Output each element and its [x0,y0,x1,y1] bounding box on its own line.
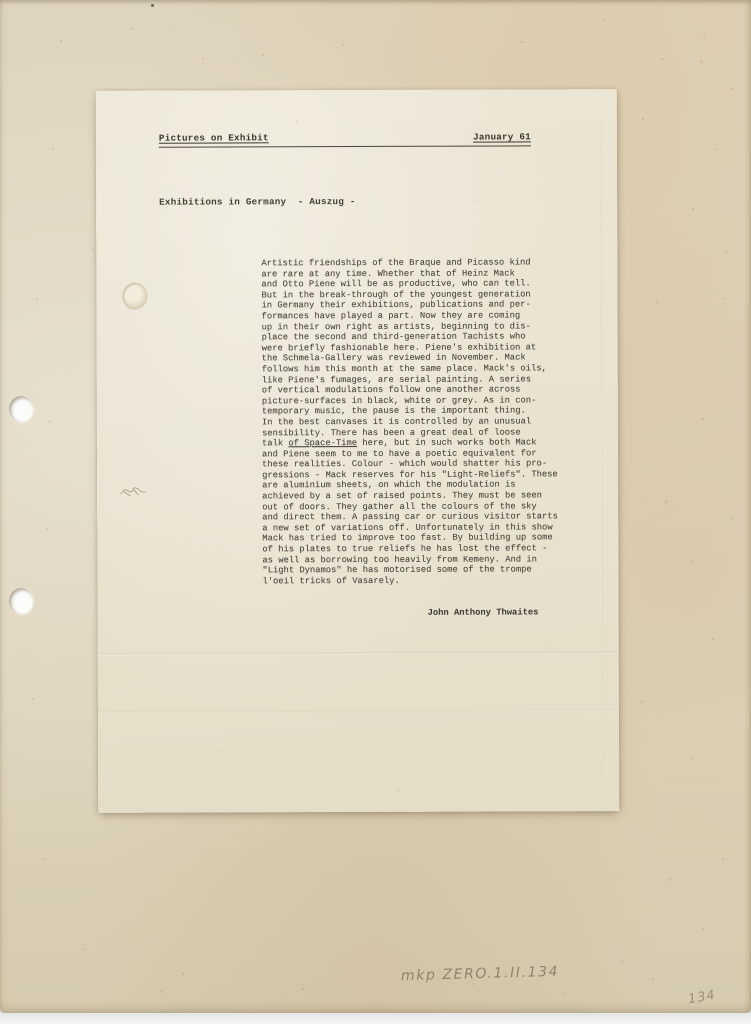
author-signature: John Anthony Thwaites [263,608,579,620]
space-time-prefix: talk [262,438,288,448]
page-crease [98,651,619,656]
header-date: January 61 [473,131,531,142]
space-time-underlined: of Space-Time [288,438,357,448]
body-paragraph-part1: Artistic friendships of the Braque and P… [261,257,578,438]
scanner-background-strip [0,1013,751,1024]
page-speckles [96,91,98,93]
header-title: Pictures on Exhibit [159,132,269,143]
punch-hole-bottom [9,588,33,614]
paper-blemish [122,283,147,310]
punch-hole-top [9,396,33,422]
dark-speck [151,4,154,7]
space-time-suffix: here, but in such works both Mack [357,437,537,448]
archive-code-annotation: mkp ZERO.1.II.134 [401,964,560,984]
body-paragraph-part2: and Piene seem to me to have a poetic eq… [262,448,578,587]
body-space-time-line: talk of Space-Time here, but in such wor… [262,437,578,449]
body-text: Artistic friendships of the Braque and P… [261,257,578,619]
typed-page: Pictures on Exhibit January 61 Exhibitio… [96,89,620,813]
foxing-speckles-large [0,0,3,3]
page-crease-vertical [601,119,605,779]
document-subheading: Exhibitions in Germany - Auszug - [159,196,356,208]
corner-page-number: 134 [687,988,717,1008]
scan-canvas: { "document": { "header": { "title": "Pi… [0,0,751,1024]
page-crease [98,709,619,714]
pencil-scribble [119,483,147,504]
document-header: Pictures on Exhibit January 61 [159,131,531,147]
backing-sheet: Pictures on Exhibit January 61 Exhibitio… [0,0,751,1013]
